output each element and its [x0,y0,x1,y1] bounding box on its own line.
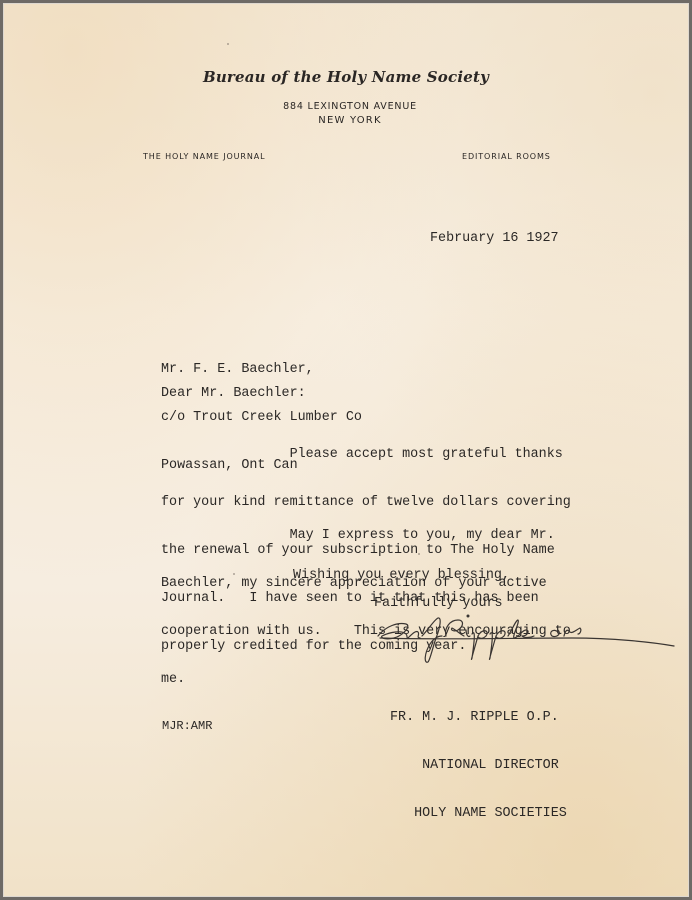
paper-speck [312,598,314,600]
body-paragraph-2: May I express to you, my dear Mr. Baechl… [161,496,571,704]
paper-speck [233,573,235,575]
letterhead-address: 884 LEXINGTON AVENUE [4,101,692,112]
closing-wish: Wishing you every blessing, [293,568,510,584]
reference-initials: MJR:AMR [162,718,212,734]
letter-date: February 16 1927 [430,231,559,247]
paper-speck [418,553,420,555]
signer-name: FR. M. J. RIPPLE O.P. [390,710,567,726]
paper-speck [227,43,229,45]
letterhead-title: Bureau of the Holy Name Society [0,68,692,86]
body-line: Please accept most grateful thanks [161,447,571,463]
body-line: May I express to you, my dear Mr. [161,528,571,544]
salutation: Dear Mr. Baechler: [161,386,306,402]
recipient-line: Mr. F. E. Baechler, [161,362,362,378]
signature-block: FR. M. J. RIPPLE O.P. NATIONAL DIRECTOR … [390,678,567,838]
handwritten-signature [372,608,682,668]
signer-organization: HOLY NAME SOCIETIES [390,806,567,822]
letterhead-journal-label: THE HOLY NAME JOURNAL [143,152,265,161]
signer-title: NATIONAL DIRECTOR [390,758,567,774]
letterhead-editorial-label: EDITORIAL ROOMS [462,152,551,161]
letterhead-city: NEW YORK [4,115,692,126]
